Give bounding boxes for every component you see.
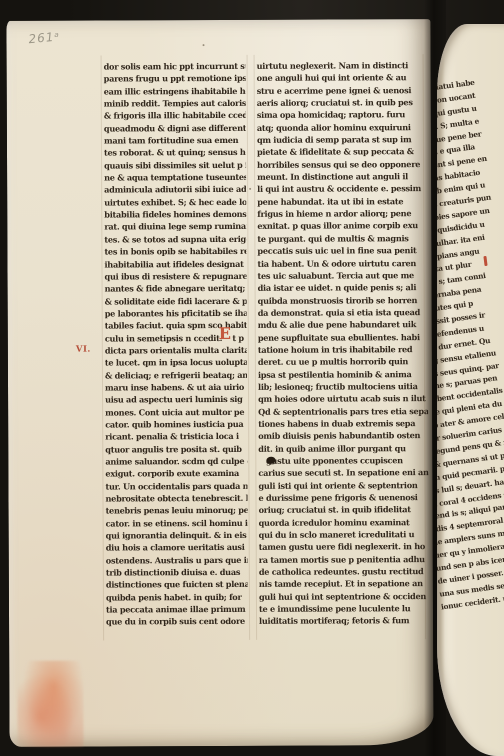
text-line: cator. in se etinens. scil hominu ill — [106, 517, 248, 530]
text-line: dicta pars orientalis multa clarita — [105, 344, 247, 357]
text-line: gustu uite pponentes ccupiscen — [258, 454, 428, 467]
text-line: rat. qui diuina lege semp ruminan — [104, 220, 246, 233]
text-line: exigut. corporib exute examina — [105, 467, 247, 480]
text-line: aeris aliorq; cruciatui st. in quib pes — [257, 96, 427, 109]
text-line: dia istar ee uidet. n quide penis s; ali — [258, 281, 428, 294]
text-line: tatione hoium in tris ihabitabile red — [258, 343, 428, 356]
text-line: qm iudicia di semp parata st sup im — [257, 133, 427, 146]
text-line: distinctiones que fuicten st plena — [106, 578, 248, 591]
folio-number-pencil: 261ᵃ — [28, 29, 61, 46]
text-line: pene supfluitate sua ebullientes. habi — [258, 331, 428, 344]
text-line: mones. Cont uicia aut multor pe — [105, 406, 247, 419]
text-line: tes in bonis opib se habitabiles reddt — [104, 245, 246, 258]
text-line: que du in corpib suis cent odore — [106, 615, 248, 628]
text-line: & frigoris illa illic habitabile ccedit — [104, 109, 246, 122]
text-column-2: uirtutu neglexerit. Nam in distinctione … — [257, 59, 429, 630]
text-line: oriuq; cruciatui st. in quib ifidelitat — [259, 503, 429, 516]
text-line: dit. in quib anime illor purgant qu — [258, 442, 428, 455]
text-line: parens frugu u ppt remotione ipsi — [104, 72, 246, 85]
text-line: nantes & fide abnegare ueritatq; — [105, 282, 247, 295]
text-line: uirtutes exhibet. S; & hec eade loca ha — [104, 196, 246, 209]
text-line: e durissime pene frigoris & uenenosi — [258, 491, 428, 504]
text-line: quibda monstruosis tirorib se horren — [258, 294, 428, 307]
text-line: bitabilia fideles homines demonst — [104, 208, 246, 221]
text-line: pene habundat. ita ut ibi in estate — [257, 195, 427, 208]
text-line: peccatis suis uic uel in fine sua penit — [257, 244, 427, 257]
text-line: de catholica redeuntes. gustu rectitud — [259, 565, 429, 578]
text-line: tur. Un occidentalis pars quada n — [105, 480, 247, 493]
text-line: tes. & se totos ad supna uita erigen — [104, 233, 246, 246]
text-line: Qd & septentrionalis pars tres etia sepa — [258, 405, 428, 418]
text-line: da demonstrat. quia si etia ista quead — [258, 306, 428, 319]
text-line: qui du in sclo maneret icredulitati u — [259, 528, 429, 541]
text-line: omib diuisis penis habundantib osten — [258, 429, 428, 442]
text-line: & deliciaq; e refrigerii beataq; ani — [105, 368, 247, 381]
text-line: cator. quib homines iusticia pua — [105, 418, 247, 431]
text-line: ricant. penalia & tristicia loca i — [105, 430, 247, 443]
text-line: tamen gustu uere fidi neglexerit. in ho — [259, 540, 429, 553]
parchment-stain — [17, 661, 83, 747]
text-line: tenebris penas leuiu minoruq; pec — [106, 504, 248, 517]
ink-speck — [203, 44, 205, 46]
ink-speck — [249, 188, 251, 190]
rubric-initial-e: E — [219, 326, 231, 342]
text-line: guli hui qui int septentrione & occiden — [259, 590, 429, 603]
text-line: nis tamde recepiut. Et in sepatione an — [259, 578, 429, 591]
text-line: te e imundissime pene luculente lu — [259, 602, 429, 615]
left-page: 261ᵃ VI. dor solis eam hic ppt incurrunt… — [6, 19, 433, 747]
text-line: tia habent. Un & odore uirtutu caren — [257, 257, 427, 270]
text-line: stru e acerrime pene ignei & uenosi — [257, 84, 427, 97]
text-line: te purgant. qui de multis & magnis — [257, 232, 427, 245]
text-line: diu hois a clamore ueritatis ausi — [106, 541, 248, 554]
text-line: tia peccata animae illae primum — [106, 603, 248, 616]
text-line: guli isti qui int oriente & septentrion — [258, 479, 428, 492]
text-line: meunt. In distinctione aut anguli il — [257, 170, 427, 183]
text-line: qui ibus di resistere & repugnare co — [105, 270, 247, 283]
text-line: ne & aqua temptatione tuseuntes — [104, 171, 246, 184]
text-line: minib reddit. Tempies aut caloris — [104, 97, 246, 110]
text-line: pe laborantes his pficitatib se ihabi — [105, 307, 247, 320]
manuscript-photo: 261ᵃ VI. dor solis eam hic ppt incurrunt… — [0, 0, 504, 756]
text-line: te lucet. qm in ipsa locus uoluptatis — [105, 356, 247, 369]
text-line: mdu & alie due pene habundaret uik — [258, 318, 428, 331]
text-line: pietate & ifidelitate & sup peccata & — [257, 146, 427, 159]
text-line: deret. cu ue p multis horrorib quin — [258, 355, 428, 368]
text-line: tes uic saluabunt. Tercia aut que me — [258, 269, 428, 282]
text-line: & soliditate eide fidi lacerare & pri — [105, 294, 247, 307]
text-line: mani tam fortitudine sua emen — [104, 134, 246, 147]
text-line: qm hoies odore uirtutu acab suis n ilut — [258, 392, 428, 405]
right-page-edge: nd & aliorq cruciatui habequid qua uokat… — [437, 24, 504, 756]
text-line: exnitat. p quas illor anime corpib exu — [257, 220, 427, 233]
text-line: luiditatis mortiferaq; fetoris & fum — [259, 615, 429, 628]
ink-blot — [266, 457, 275, 464]
text-line: quorda icredulor hominu examinat — [259, 516, 429, 529]
text-line: quibda penis habet. in quib; for — [106, 591, 248, 604]
text-line: maru inse habens. & ut aia uirio — [105, 381, 247, 394]
text-line: frigus in hieme n ardor aliorq; pene — [257, 207, 427, 220]
text-line: qtuor angulis tre posita st. quib — [105, 443, 247, 456]
text-line: uirtutu neglexerit. Nam in distincti — [257, 59, 427, 72]
text-line: uisu ad aspectu ueri luminis sig — [105, 393, 247, 406]
text-line: anime saluandor. scdm qd culpe o — [105, 455, 247, 468]
text-line: quauis sibi dissimiles sit uelut p ig — [104, 159, 246, 172]
text-line: lib; lesioneq; fructib multociens uitia — [258, 380, 428, 393]
text-line: sima opa homicidaq; raptoru. furu — [257, 108, 427, 121]
text-line: tiones habens in duab extremis sepa — [258, 417, 428, 430]
text-line: carius sue secuti st. In sepatione eni a… — [258, 466, 428, 479]
text-line: li qui int austru & occidente e. pessim — [257, 183, 427, 196]
text-line: ihabitabilia aut ifideles designat — [104, 257, 246, 270]
text-line: ipsa st pestilentia hominib & anima — [258, 368, 428, 381]
text-line: horribiles sensus qui se deo opponere — [257, 158, 427, 171]
chapter-number-marginal: VI. — [76, 345, 91, 355]
text-line: tes roborat. & ut quinq; sensus hois — [104, 146, 246, 159]
text-line: nebrositate obtecta tenebrescit. h — [105, 492, 247, 505]
text-line: one anguli hui qui int oriente & au — [257, 71, 427, 84]
text-line: eam illic estringens ihabitabile ho — [104, 85, 246, 98]
text-line: queadmodu & digni ase differentis — [104, 122, 246, 135]
text-line: adminicula adiutorii sibi iuice ad — [104, 183, 246, 196]
text-line: qui ignorantia delinquit. & in eis a — [106, 529, 248, 542]
text-line: trib distinctionib diuisa e. duas — [106, 566, 248, 579]
text-line: ostendens. Australis u pars que in — [106, 554, 248, 567]
text-column-1: dor solis eam hic ppt incurrunt suaparen… — [104, 60, 248, 631]
text-line: atq; quonda alior hominu exquiruni — [257, 121, 427, 134]
text-line: dor solis eam hic ppt incurrunt sua — [104, 60, 246, 73]
right-page-text: nd & aliorq cruciatui habequid qua uokat… — [437, 61, 504, 614]
text-line: ra tamen mortis sue p penitentia adhu — [259, 553, 429, 566]
